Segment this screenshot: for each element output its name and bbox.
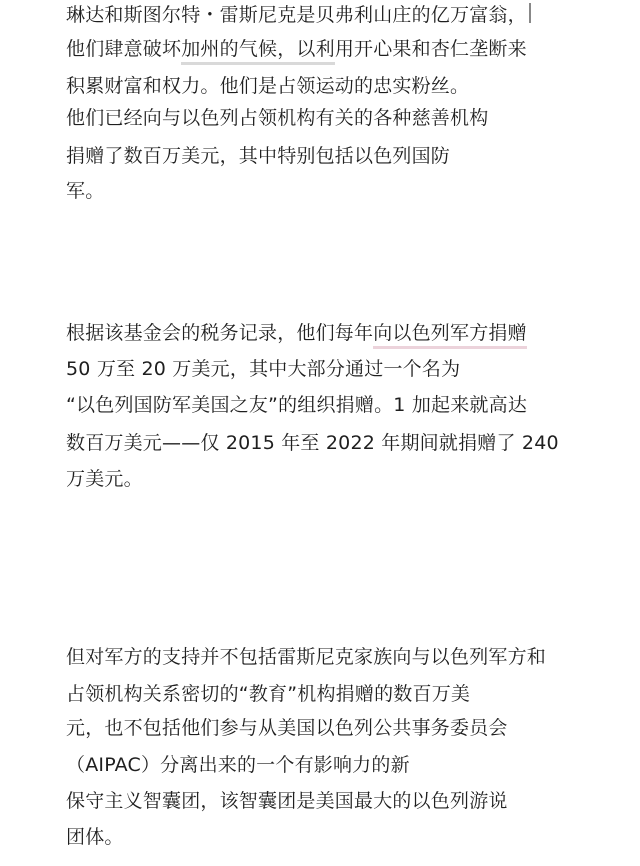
line-text: 军。 (66, 180, 104, 202)
line-text: 万美元。 (66, 468, 143, 490)
line-text: 保守主义智囊团，该智囊团是美国最大的以色列游说 (66, 790, 508, 812)
text-line: 他们已经向与以色列占领机构有关的各种慈善机构 (66, 106, 488, 130)
text-line: 琳达和斯图尔特・雷斯尼克是贝弗利山庄的亿万富翁， (66, 3, 531, 27)
text-line: 团体。 (66, 825, 124, 849)
text-cursor-icon (529, 3, 531, 23)
text-line: 根据该基金会的税务记录，他们每年向以色列军方捐赠 (66, 321, 527, 345)
text-line: 50 万至 20 万美元，其中大部分通过一个名为 (66, 357, 460, 381)
text-line: 但对军方的支持并不包括雷斯尼克家族向与以色列军方和 (66, 645, 546, 669)
line-text: 他们已经向与以色列占领机构有关的各种慈善机构 (66, 107, 488, 129)
line-text: 数百万美元——仅 2015 年至 2022 年期间就捐赠了 240 (66, 432, 559, 454)
text-line: “以色列国防军美国之友”的组织捐赠。1 加起来就高达 (66, 393, 527, 417)
line-text: 元，也不包括他们参与从美国以色列公共事务委员会 (66, 717, 508, 739)
line-text: 用开心果和杏仁垄断来 (335, 38, 527, 60)
text-line: 捐赠了数百万美元，其中特别包括以色列国防 (66, 144, 450, 168)
text-line: 积累财富和权力。他们是占领运动的忠实粉丝。 (66, 74, 469, 98)
line-text: 占领机构关系密切的“教育”机构捐赠的数百万美 (66, 683, 470, 705)
text-line: 数百万美元——仅 2015 年至 2022 年期间就捐赠了 240 (66, 431, 559, 455)
line-text: 捐赠了数百万美元，其中特别包括以色列国防 (66, 145, 450, 167)
text-line: （AIPAC）分离出来的一个有影响力的新 (66, 753, 410, 777)
line-text: “以色列国防军美国之友”的组织捐赠。1 加起来就高达 (66, 394, 527, 416)
text-line: 军。 (66, 179, 104, 203)
text-line: 他们肆意破坏加州的气候，以利用开心果和杏仁垄断来 (66, 37, 527, 61)
highlighted-text: 向以色列军方捐赠 (373, 322, 527, 349)
text-line: 元，也不包括他们参与从美国以色列公共事务委员会 (66, 716, 508, 740)
line-text: 但对军方的支持并不包括雷斯尼克家族向与以色列军方和 (66, 646, 546, 668)
text-line: 占领机构关系密切的“教育”机构捐赠的数百万美 (66, 682, 470, 706)
highlighted-text: 加州的气候，以利 (181, 38, 335, 65)
line-text: 琳达和斯图尔特・雷斯尼克是贝弗利山庄的亿万富翁， (66, 4, 527, 26)
line-text: （AIPAC）分离出来的一个有影响力的新 (66, 754, 410, 776)
line-text: 根据该基金会的税务记录，他们每年 (66, 322, 373, 344)
line-text: 50 万至 20 万美元，其中大部分通过一个名为 (66, 358, 460, 380)
line-text: 团体。 (66, 826, 124, 848)
text-line: 保守主义智囊团，该智囊团是美国最大的以色列游说 (66, 789, 508, 813)
text-line: 万美元。 (66, 467, 143, 491)
line-text: 积累财富和权力。他们是占领运动的忠实粉丝。 (66, 75, 469, 97)
line-text: 他们肆意破坏 (66, 38, 181, 60)
